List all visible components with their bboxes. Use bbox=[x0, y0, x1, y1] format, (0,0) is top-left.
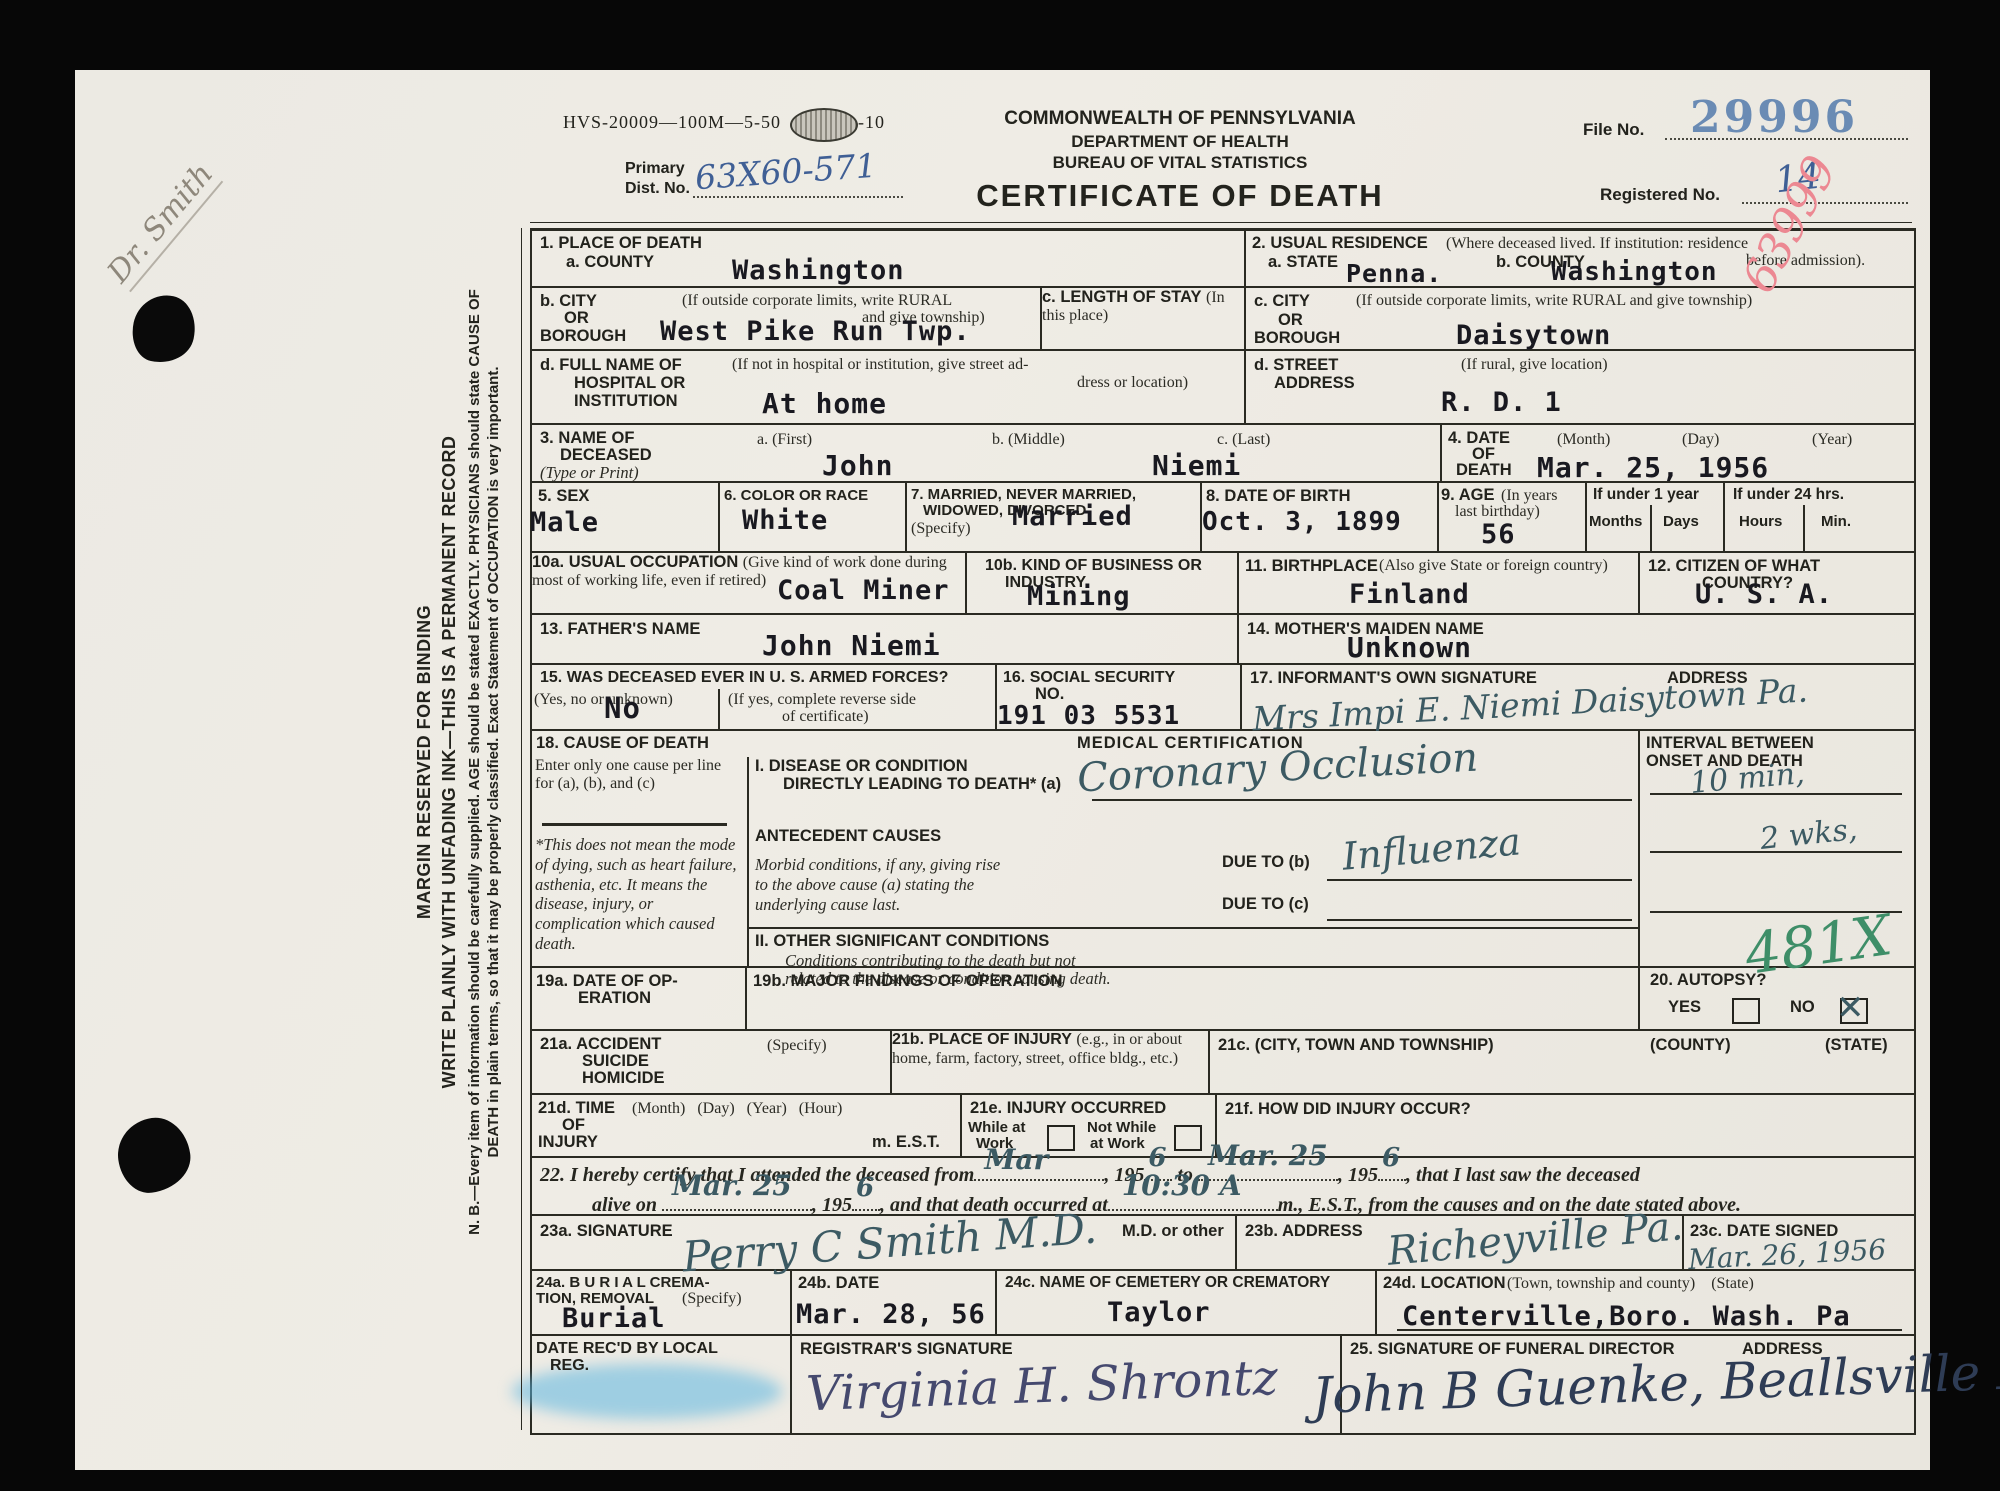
cert-text-7: , 195 bbox=[812, 1194, 852, 1216]
cert-hw-from: Mar bbox=[984, 1143, 1048, 1176]
birthplace-note: (Also give State or foreign country) bbox=[1379, 557, 1629, 575]
residence-borough-label: BOROUGH bbox=[1254, 329, 1340, 348]
margin-line-3: N. B.—Every item of information should b… bbox=[466, 82, 483, 1442]
citizen-value: U. S. A. bbox=[1695, 579, 1833, 610]
department-line: DEPARTMENT OF HEALTH bbox=[960, 132, 1400, 152]
field-date-of-death: 4. DATE OF DEATH (Month) (Day) (Year) Ma… bbox=[1442, 425, 1914, 483]
residence-city-label: c. CITY bbox=[1254, 292, 1310, 311]
field-sex: 5. SEX Male bbox=[532, 483, 720, 553]
burial-location-note: (Town, township and county) (State) bbox=[1507, 1275, 1754, 1293]
residence-city-value: Daisytown bbox=[1456, 320, 1611, 351]
dob-value: Oct. 3, 1899 bbox=[1202, 507, 1402, 537]
file-no-label: File No. bbox=[1583, 120, 1644, 140]
burial-location-label: 24d. LOCATION bbox=[1383, 1274, 1506, 1293]
autopsy-label: 20. AUTOPSY? bbox=[1650, 971, 1766, 990]
burial-value: Burial bbox=[562, 1303, 666, 1334]
field-date-of-operation: 19a. DATE OF OP- ERATION bbox=[532, 968, 747, 1031]
injury-city-label: 21c. (CITY, TOWN AND TOWNSHIP) bbox=[1218, 1036, 1494, 1055]
months-label: Months bbox=[1589, 513, 1642, 530]
registered-no-label: Registered No. bbox=[1600, 185, 1720, 205]
field-age: 9. AGE (In years last birthday) 56 bbox=[1439, 483, 1587, 553]
field-ssn: 16. SOCIAL SECURITY NO. 191 03 5531 bbox=[997, 665, 1242, 731]
usual-residence-title: 2. USUAL RESIDENCE bbox=[1252, 234, 1428, 253]
field-birthplace: 11. BIRTHPLACE (Also give State or forei… bbox=[1239, 553, 1640, 615]
dob-label: 8. DATE OF BIRTH bbox=[1206, 487, 1351, 506]
usual-residence-note-1: (Where deceased lived. If institution: r… bbox=[1446, 235, 1748, 253]
field-age-under-24-hrs: If under 24 hrs. Hours Min. bbox=[1725, 483, 1914, 553]
marital-specify: (Specify) bbox=[911, 520, 971, 538]
field-major-findings: 19b. MAJOR FINDINGS OF OPERATION bbox=[747, 968, 1640, 1031]
field-accident-suicide-homicide: 21a. ACCIDENT SUICIDE HOMICIDE (Specify) bbox=[532, 1031, 892, 1095]
field-date-recd-local-reg: DATE REC'D BY LOCAL REG. bbox=[532, 1336, 792, 1433]
field-physician-signature: 23a. SIGNATURE M.D. or other Perry C Smi… bbox=[532, 1216, 1237, 1271]
how-injury-label: 21f. HOW DID INJURY OCCUR? bbox=[1225, 1100, 1471, 1119]
residence-city-or: OR bbox=[1278, 311, 1303, 330]
field-informant-signature: 17. INFORMANT'S OWN SIGNATURE ADDRESS Mr… bbox=[1242, 665, 1914, 731]
morbid-line-3: underlying cause last. bbox=[755, 895, 900, 915]
dod-year-header: (Year) bbox=[1812, 431, 1852, 449]
field-street-address: d. STREET ADDRESS (If rural, give locati… bbox=[1246, 351, 1914, 425]
father-label: 13. FATHER'S NAME bbox=[540, 620, 700, 639]
birthplace-value: Finland bbox=[1349, 579, 1470, 610]
field-age-under-1-year: If under 1 year Months Days bbox=[1587, 483, 1725, 553]
field-physician-address: 23b. ADDRESS Richeyville Pa. bbox=[1237, 1216, 1684, 1271]
injury-occurred-label: 21e. INJURY OCCURRED bbox=[970, 1099, 1166, 1118]
armed-forces-note-2: (If yes, complete reverse side bbox=[728, 691, 916, 709]
field-armed-forces: 15. WAS DECEASED EVER IN U. S. ARMED FOR… bbox=[532, 665, 997, 731]
due-b-label: DUE TO (b) bbox=[1222, 853, 1310, 872]
street-label-2: ADDRESS bbox=[1274, 374, 1355, 393]
field-injury-city-county-state: 21c. (CITY, TOWN AND TOWNSHIP) (COUNTY) … bbox=[1210, 1031, 1914, 1095]
md-or-other-label: M.D. or other bbox=[1122, 1222, 1224, 1241]
field-citizen: 12. CITIZEN OF WHAT COUNTRY? U. S. A. bbox=[1640, 553, 1914, 615]
bureau-line: BUREAU OF VITAL STATISTICS bbox=[960, 153, 1400, 173]
cause-instr-2: *This does not mean the mode of dying, s… bbox=[535, 835, 737, 954]
dod-label-3: DEATH bbox=[1456, 461, 1512, 480]
injury-time-est: m. E.S.T. bbox=[872, 1133, 940, 1152]
birthplace-label: 11. BIRTHPLACE bbox=[1245, 557, 1378, 576]
place-county-value: Washington bbox=[732, 255, 905, 286]
marital-value: Married bbox=[1012, 501, 1133, 532]
age-value: 56 bbox=[1481, 519, 1516, 550]
commonwealth-line: COMMONWEALTH OF PENNSYLVANIA bbox=[960, 108, 1400, 130]
injury-time-cols: (Month) (Day) (Year) (Hour) bbox=[632, 1100, 842, 1118]
autopsy-no-x-mark: ✕ bbox=[1836, 988, 1865, 1028]
street-value: R. D. 1 bbox=[1441, 387, 1562, 418]
field-name-of-deceased: 3. NAME OF DECEASED (Type or Print) a. (… bbox=[532, 425, 1442, 483]
primary-dist-line bbox=[693, 196, 903, 198]
field-color-race: 6. COLOR OR RACE White bbox=[720, 483, 907, 553]
margin-line-4: DEATH in plain terms, so that it may be … bbox=[485, 82, 502, 1442]
field-medical-certification: MEDICAL CERTIFICATION I. DISEASE OR COND… bbox=[747, 731, 1640, 968]
name-first-value: John bbox=[822, 449, 893, 482]
armed-forces-value: No bbox=[604, 691, 641, 725]
field-place-of-death: 1. PLACE OF DEATH a. COUNTY Washington bbox=[532, 231, 1246, 288]
signature-label: 23a. SIGNATURE bbox=[540, 1222, 673, 1241]
due-c-label: DUE TO (c) bbox=[1222, 895, 1309, 914]
sex-value: Male bbox=[530, 507, 599, 538]
hospital-value: At home bbox=[762, 387, 887, 420]
morbid-line-1: Morbid conditions, if any, giving rise bbox=[755, 855, 1000, 875]
certificate-title: CERTIFICATE OF DEATH bbox=[940, 178, 1420, 214]
burial-date-label: 24b. DATE bbox=[798, 1274, 879, 1293]
margin-line-1: MARGIN RESERVED FOR BINDING bbox=[414, 82, 435, 1442]
hospital-label-3: INSTITUTION bbox=[574, 392, 678, 411]
form-number-suffix: -10 bbox=[858, 112, 885, 133]
cemetery-value: Taylor bbox=[1107, 1297, 1211, 1328]
field-registrar-signature: REGISTRAR'S SIGNATURE Virginia H. Shront… bbox=[792, 1336, 1342, 1433]
disease-label-1: I. DISEASE OR CONDITION bbox=[755, 757, 968, 776]
father-value: John Niemi bbox=[762, 629, 941, 662]
burial-specify-note: (Specify) bbox=[682, 1290, 742, 1308]
registrar-label: REGISTRAR'S SIGNATURE bbox=[800, 1340, 1013, 1359]
cert-hw-year-2: 6 bbox=[1382, 1143, 1400, 1173]
injury-county-label: (COUNTY) bbox=[1650, 1036, 1731, 1055]
cause-b-value: Influenza bbox=[1340, 819, 1522, 878]
burial-location-value: Centerville,Boro. Wash. Pa bbox=[1402, 1301, 1851, 1332]
file-no-value: 29996 bbox=[1690, 92, 1858, 143]
field-place-city-borough: b. CITY (If outside corporate limits, wr… bbox=[532, 288, 1042, 351]
burial-date-value: Mar. 28, 56 bbox=[796, 1299, 986, 1330]
field-hospital-institution: d. FULL NAME OF (If not in hospital or i… bbox=[532, 351, 1246, 425]
place-city-note-1: (If outside corporate limits, write RURA… bbox=[682, 292, 952, 310]
signature-value: Perry C Smith M.D. bbox=[681, 1204, 1099, 1282]
occupation-value: Coal Miner bbox=[777, 575, 950, 606]
other-conditions-label: II. OTHER SIGNIFICANT CONDITIONS bbox=[755, 932, 1049, 951]
field-time-of-injury: 21d. TIME (Month) (Day) (Year) (Hour) OF… bbox=[532, 1095, 962, 1158]
hospital-label-2: HOSPITAL OR bbox=[574, 374, 685, 393]
armed-forces-label: 15. WAS DECEASED EVER IN U. S. ARMED FOR… bbox=[540, 669, 948, 688]
operation-date-label-2: ERATION bbox=[578, 989, 651, 1008]
occupation-label: 10a. USUAL OCCUPATION bbox=[532, 553, 738, 571]
field-fathers-name: 13. FATHER'S NAME John Niemi bbox=[532, 615, 1239, 665]
death-certificate-scan: { "colors":{"paper":"#ECEAE3","print":"#… bbox=[0, 0, 2000, 1491]
name-middle-header: b. (Middle) bbox=[992, 431, 1065, 449]
min-label: Min. bbox=[1821, 513, 1851, 530]
place-borough-label: BOROUGH bbox=[540, 327, 626, 346]
not-while-label-2: at Work bbox=[1090, 1135, 1145, 1152]
cert-hw-year-3: 6 bbox=[856, 1173, 874, 1203]
state-seal-icon bbox=[790, 108, 858, 142]
field-date-of-birth: 8. DATE OF BIRTH Oct. 3, 1899 bbox=[1202, 483, 1439, 553]
place-city-value: West Pike Run Twp. bbox=[660, 316, 971, 347]
name-last-value: Niemi bbox=[1152, 449, 1241, 482]
race-label: 6. COLOR OR RACE bbox=[724, 487, 868, 504]
autopsy-yes-label: YES bbox=[1668, 998, 1701, 1017]
injury-state-label: (STATE) bbox=[1825, 1036, 1888, 1055]
primary-dist-label-1: Primary bbox=[625, 160, 685, 179]
certificate-form-grid: 1. PLACE OF DEATH a. COUNTY Washington 2… bbox=[530, 228, 1916, 1435]
autopsy-yes-checkbox bbox=[1732, 998, 1760, 1024]
hours-label: Hours bbox=[1739, 513, 1782, 530]
antecedent-label: ANTECEDENT CAUSES bbox=[755, 827, 941, 846]
field-cause-instructions: 18. CAUSE OF DEATH Enter only one cause … bbox=[532, 731, 747, 968]
primary-dist-label-2: Dist. No. bbox=[625, 180, 690, 199]
findings-label: 19b. MAJOR FINDINGS OF OPERATION bbox=[753, 972, 1063, 991]
ssn-value: 191 03 5531 bbox=[997, 701, 1180, 731]
accident-specify-note: (Specify) bbox=[767, 1037, 827, 1055]
physician-address-label: 23b. ADDRESS bbox=[1245, 1222, 1363, 1241]
cert-text-6: alive on bbox=[592, 1194, 657, 1216]
interval-label-1: INTERVAL BETWEEN bbox=[1646, 734, 1814, 753]
cause-instr-1: Enter only one cause per line for (a), (… bbox=[535, 757, 735, 793]
hospital-label-1: d. FULL NAME OF bbox=[540, 356, 682, 375]
field-usual-residence: 2. USUAL RESIDENCE (Where deceased lived… bbox=[1246, 231, 1914, 288]
margin-line-2: WRITE PLAINLY WITH UNFADING INK—THIS IS … bbox=[439, 82, 460, 1442]
field-burial-location: 24d. LOCATION (Town, township and county… bbox=[1377, 1271, 1914, 1336]
race-value: White bbox=[742, 505, 828, 536]
place-city-or: OR bbox=[564, 309, 589, 328]
name-first-header: a. (First) bbox=[757, 431, 812, 449]
field-certification-statement: 22. I hereby certify that I attended the… bbox=[532, 1158, 1914, 1216]
informant-label: 17. INFORMANT'S OWN SIGNATURE bbox=[1250, 669, 1537, 688]
field-length-of-stay: c. LENGTH OF STAY (In this place) bbox=[1042, 288, 1246, 351]
field-date-signed: 23c. DATE SIGNED Mar. 26, 1956 bbox=[1684, 1216, 1914, 1271]
residence-state-value: Penna. bbox=[1346, 259, 1442, 288]
under1-label: If under 1 year bbox=[1593, 486, 1699, 504]
cause-title: 18. CAUSE OF DEATH bbox=[536, 734, 709, 753]
while-at-work-checkbox bbox=[1047, 1125, 1075, 1151]
dod-value: Mar. 25, 1956 bbox=[1537, 451, 1769, 484]
field-residence-city: c. CITY (If outside corporate limits, wr… bbox=[1246, 288, 1914, 351]
street-note: (If rural, give location) bbox=[1461, 356, 1608, 374]
dod-day-header: (Day) bbox=[1682, 431, 1719, 449]
field-usual-occupation: 10a. USUAL OCCUPATION (Give kind of work… bbox=[532, 553, 967, 615]
field-autopsy: 20. AUTOPSY? YES NO ✕ bbox=[1640, 968, 1914, 1031]
field-interval-onset-death: INTERVAL BETWEEN ONSET AND DEATH 10 min,… bbox=[1640, 731, 1914, 968]
field-place-of-injury: 21b. PLACE OF INJURY (e.g., in or about … bbox=[892, 1031, 1210, 1095]
cert-text-4: , 195 bbox=[1338, 1164, 1378, 1186]
residence-state-label: a. STATE bbox=[1268, 253, 1338, 272]
hospital-note-1: (If not in hospital or institution, give… bbox=[732, 356, 1028, 374]
hospital-note-2: dress or location) bbox=[1077, 374, 1188, 392]
registrar-value: Virginia H. Shrontz bbox=[805, 1350, 1279, 1422]
armed-forces-note-3: of certificate) bbox=[782, 708, 869, 726]
accident-label-3: HOMICIDE bbox=[582, 1069, 665, 1088]
autopsy-no-label: NO bbox=[1790, 998, 1815, 1017]
residence-city-note: (If outside corporate limits, write RURA… bbox=[1356, 292, 1752, 310]
field-industry: 10b. KIND OF BUSINESS OR INDUSTRY Mining bbox=[967, 553, 1239, 615]
under24-label: If under 24 hrs. bbox=[1733, 486, 1844, 504]
while-at-label-1: While at bbox=[968, 1119, 1026, 1136]
field-burial-date: 24b. DATE Mar. 28, 56 bbox=[792, 1271, 997, 1336]
cert-hw-alive: Mar. 25 bbox=[672, 1169, 792, 1202]
date-recd-label-2: REG. bbox=[550, 1357, 589, 1376]
injury-place-label: 21b. PLACE OF INJURY bbox=[892, 1031, 1072, 1048]
cemetery-label: 24c. NAME OF CEMETERY OR CREMATORY bbox=[1005, 1274, 1330, 1292]
length-of-stay-label: c. LENGTH OF STAY bbox=[1042, 288, 1202, 306]
ssn-label-1: 16. SOCIAL SECURITY bbox=[1003, 669, 1175, 688]
name-last-header: c. (Last) bbox=[1217, 431, 1270, 449]
field-funeral-director: 25. SIGNATURE OF FUNERAL DIRECTOR ADDRES… bbox=[1342, 1336, 1914, 1433]
cert-hw-to: Mar. 25 bbox=[1208, 1139, 1328, 1172]
place-of-death-title: 1. PLACE OF DEATH bbox=[540, 234, 702, 253]
industry-value: Mining bbox=[1027, 581, 1131, 612]
cert-hw-time: 10:30 A bbox=[1122, 1169, 1242, 1202]
dod-month-header: (Month) bbox=[1557, 431, 1610, 449]
morbid-line-2: to the above cause (a) stating the bbox=[755, 875, 974, 895]
form-number: HVS-20009—100M—5-50 bbox=[563, 112, 781, 133]
field-marital-status: 7. MARRIED, NEVER MARRIED, WIDOWED, DIVO… bbox=[907, 483, 1202, 553]
days-label: Days bbox=[1663, 513, 1699, 530]
sex-label: 5. SEX bbox=[538, 487, 589, 506]
not-while-at-work-checkbox bbox=[1174, 1125, 1202, 1151]
header-divider bbox=[530, 222, 1912, 223]
street-label-1: d. STREET bbox=[1254, 356, 1338, 375]
field-burial-removal: 24a. B U R I A L CREMA- TION, REMOVAL (S… bbox=[532, 1271, 792, 1336]
disease-label-2: DIRECTLY LEADING TO DEATH* (a) bbox=[783, 775, 1061, 794]
injury-time-label-3: INJURY bbox=[538, 1133, 598, 1152]
residence-county-value: Washington bbox=[1551, 257, 1718, 287]
binding-margin-text: MARGIN RESERVED FOR BINDING WRITE PLAINL… bbox=[414, 82, 502, 1442]
mother-value: Unknown bbox=[1347, 631, 1472, 664]
cert-text-5: , that I last saw the deceased bbox=[1406, 1164, 1640, 1186]
field-mothers-maiden-name: 14. MOTHER'S MAIDEN NAME Unknown bbox=[1239, 615, 1914, 665]
left-double-rule bbox=[521, 228, 522, 1430]
not-while-label-1: Not While bbox=[1087, 1119, 1156, 1136]
autopsy-no-checkbox: ✕ bbox=[1840, 998, 1868, 1024]
field-cemetery-name: 24c. NAME OF CEMETERY OR CREMATORY Taylo… bbox=[997, 1271, 1377, 1336]
name-label-3: (Type or Print) bbox=[540, 463, 639, 483]
place-county-label: a. COUNTY bbox=[566, 253, 654, 272]
